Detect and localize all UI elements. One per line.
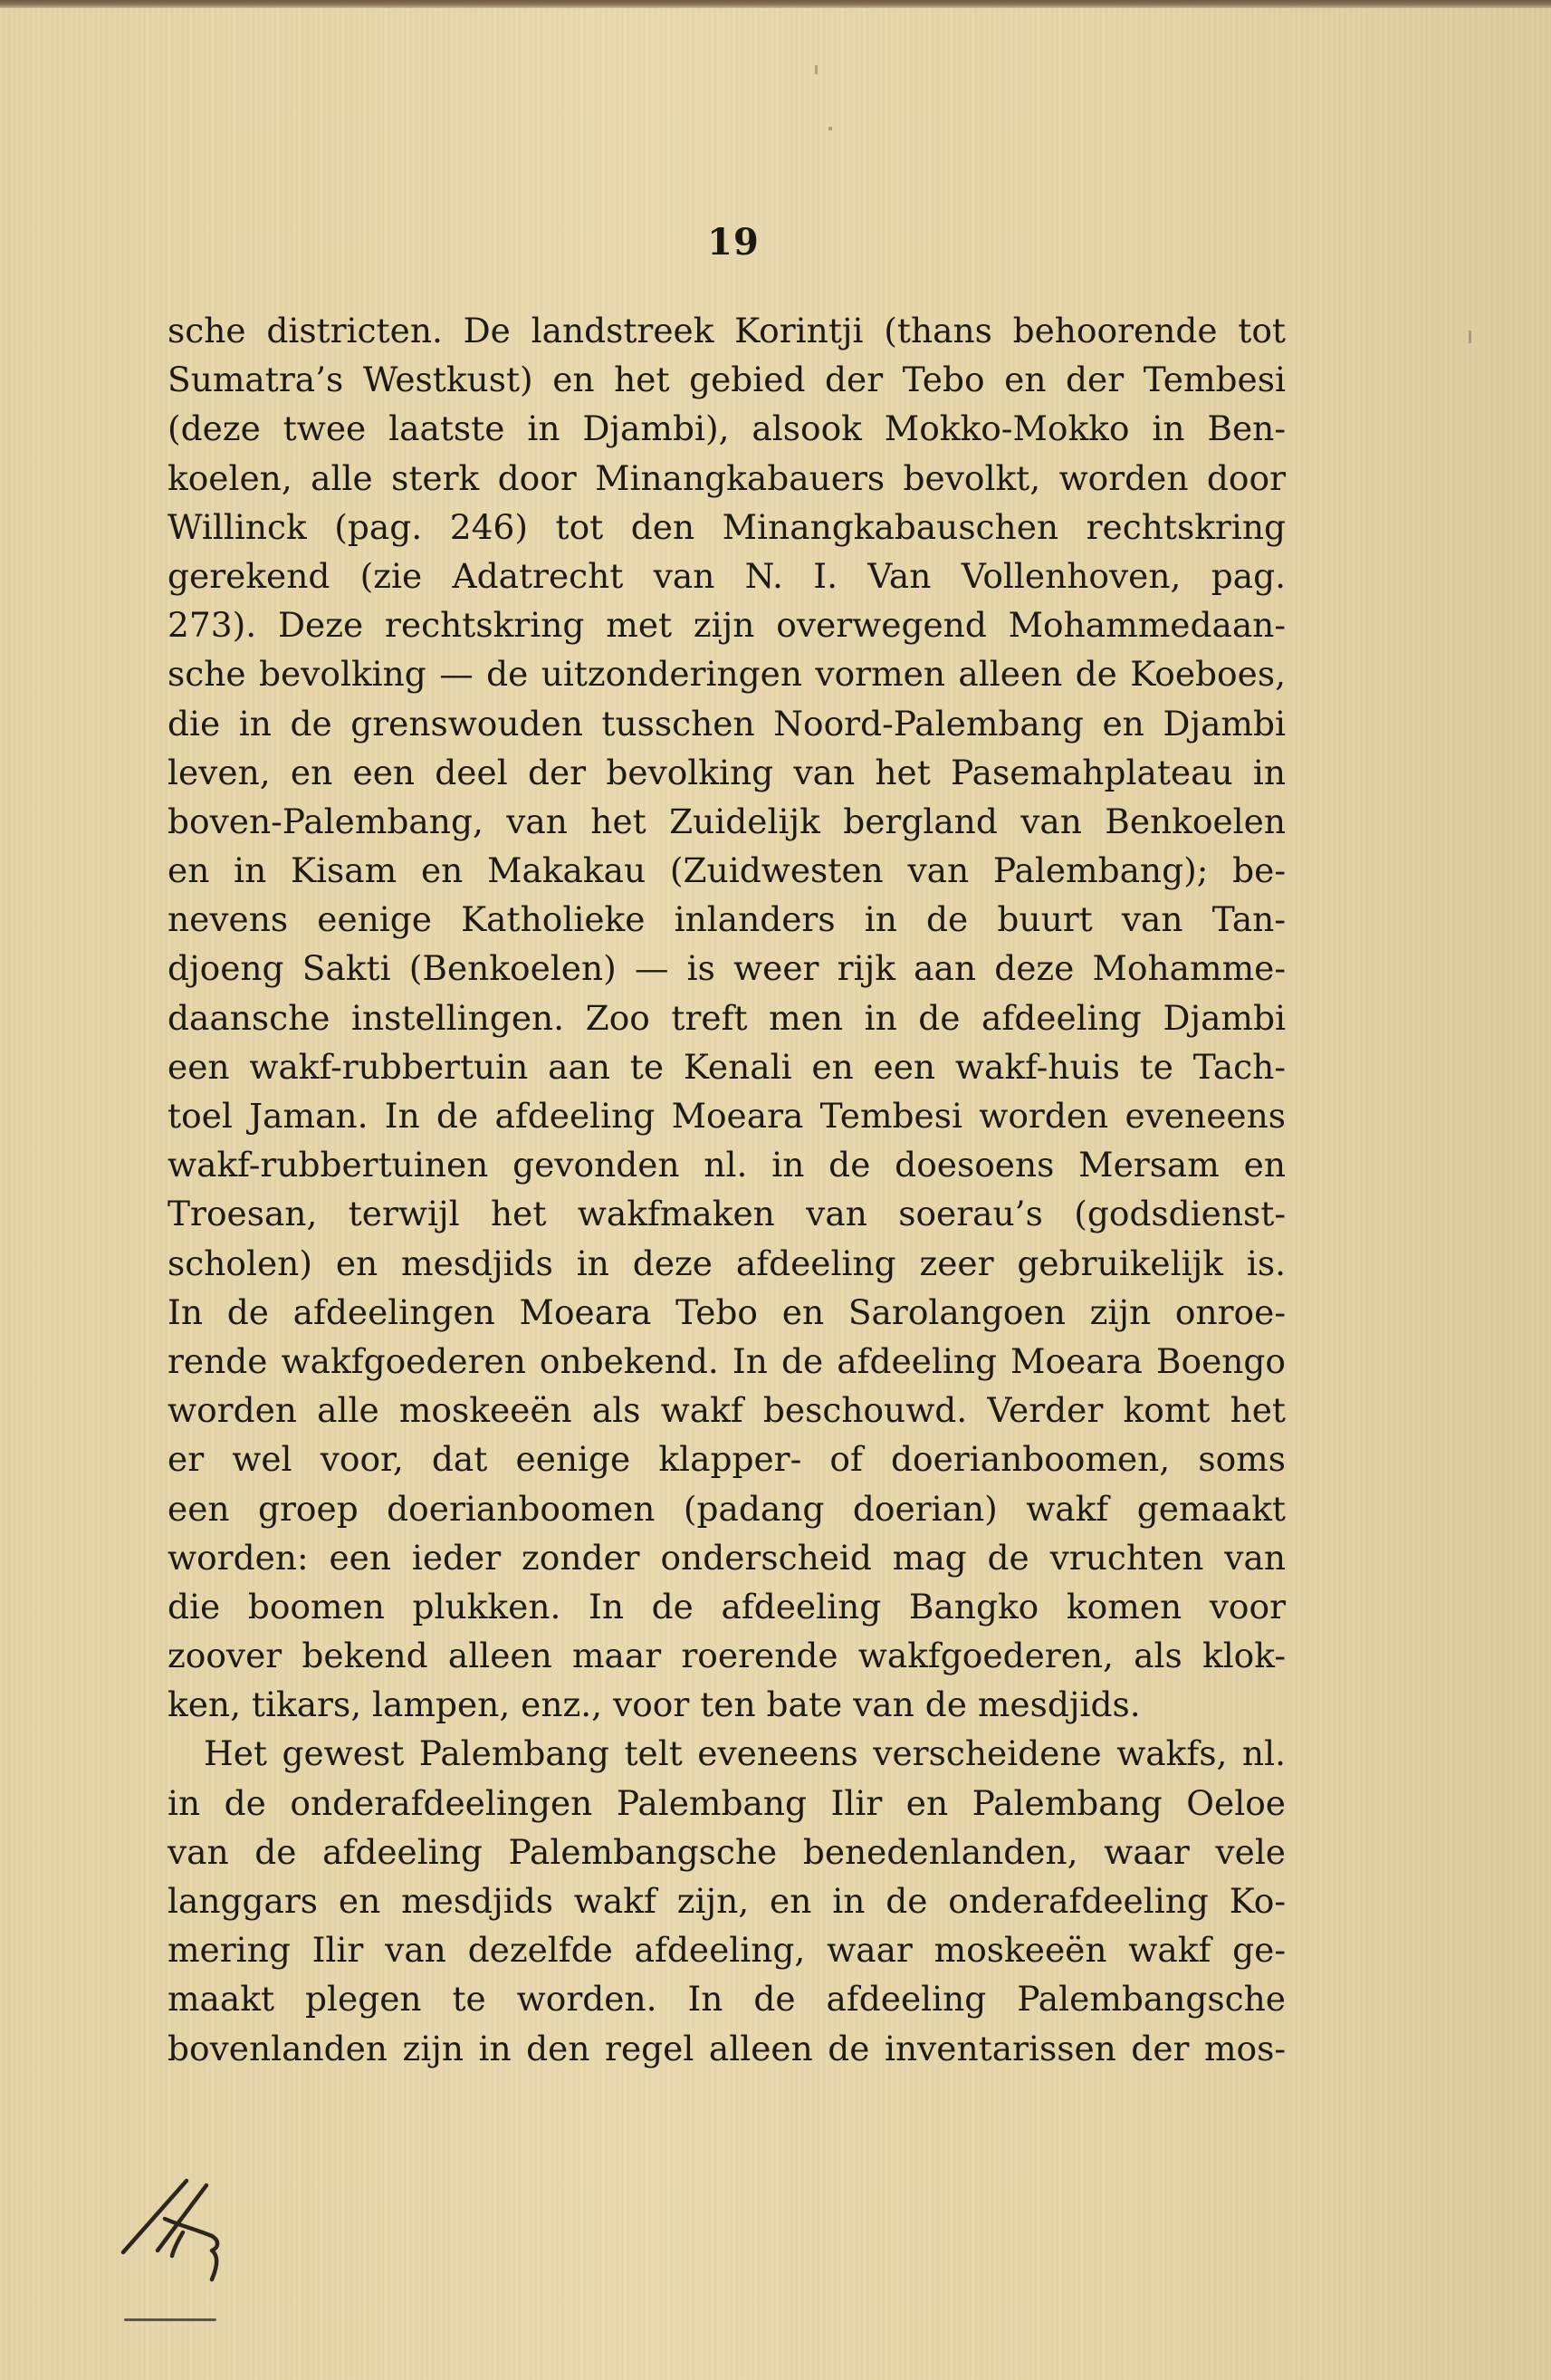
short-horizontal-rule	[124, 2318, 216, 2321]
paper-speck	[828, 127, 832, 130]
text-line: gerekend (zie Adatrecht van N. I. Van Vo…	[168, 552, 1286, 600]
text-line: Sumatra’s Westkust) en het gebied der Te…	[168, 355, 1286, 404]
text-line: Troesan, terwijl het wakfmaken van soera…	[168, 1189, 1286, 1238]
text-line: die boomen plukken. In de afdeeling Bang…	[168, 1582, 1286, 1631]
paper-speck	[815, 65, 818, 74]
text-line: toel Jaman. In de afdeeling Moeara Tembe…	[168, 1091, 1286, 1140]
text-line: maakt plegen te worden. In de afdeeling …	[168, 1974, 1286, 2023]
text-line: langgars en mesdjids wakf zijn, en in de…	[168, 1876, 1286, 1925]
text-line: 273). Deze rechtskring met zijn overwege…	[168, 600, 1286, 649]
text-line: In de afdeelingen Moeara Tebo en Sarolan…	[168, 1288, 1286, 1337]
body-text: sche districten. De landstreek Korintji …	[168, 306, 1286, 2073]
text-line: bovenlanden zijn in den regel alleen de …	[168, 2024, 1286, 2073]
handwritten-initials-mark-icon	[118, 2169, 254, 2287]
page-number: 19	[0, 221, 1467, 264]
text-line: worden: een ieder zonder onderscheid mag…	[168, 1533, 1286, 1582]
text-line: sche districten. De landstreek Korintji …	[168, 306, 1286, 355]
text-line: rende wakfgoederen onbekend. In de afdee…	[168, 1337, 1286, 1386]
page-top-edge	[0, 0, 1551, 8]
text-line: ken, tikars, lampen, enz., voor ten bate…	[168, 1680, 1286, 1729]
paper-speck	[1469, 331, 1471, 343]
paragraph-2: Het gewest Palembang telt eveneens versc…	[168, 1729, 1286, 2072]
text-line: sche bevolking — de uitzonderingen vorme…	[168, 649, 1286, 698]
text-line: een wakf-rubbertuin aan te Kenali en een…	[168, 1042, 1286, 1091]
text-line: worden alle moskeeën als wakf beschouwd.…	[168, 1386, 1286, 1435]
text-line: daansche instellingen. Zoo treft men in …	[168, 993, 1286, 1042]
text-line: van de afdeeling Palembangsche benedenla…	[168, 1828, 1286, 1876]
text-line: nevens eenige Katholieke inlanders in de…	[168, 895, 1286, 944]
text-line: (deze twee laatste in Djambi), alsook Mo…	[168, 404, 1286, 453]
text-line: koelen, alle sterk door Minangkabauers b…	[168, 454, 1286, 503]
text-line: Willinck (pag. 246) tot den Minangkabaus…	[168, 503, 1286, 552]
text-line: en in Kisam en Makakau (Zuidwesten van P…	[168, 846, 1286, 895]
text-line: wakf-rubbertuinen gevonden nl. in de doe…	[168, 1140, 1286, 1189]
document-page: 19 sche districten. De landstreek Korint…	[0, 0, 1551, 2380]
text-line: Het gewest Palembang telt eveneens versc…	[168, 1729, 1286, 1778]
text-line: in de onderafdeelingen Palembang Ilir en…	[168, 1779, 1286, 1828]
text-line: een groep doerianboomen (padang doerian)…	[168, 1484, 1286, 1533]
text-line: die in de grenswouden tusschen Noord-Pal…	[168, 699, 1286, 748]
text-line: scholen) en mesdjids in deze afdeeling z…	[168, 1239, 1286, 1288]
text-line: er wel voor, dat eenige klapper- of doer…	[168, 1435, 1286, 1483]
paragraph-1: sche districten. De landstreek Korintji …	[168, 306, 1286, 1729]
text-line: zoover bekend alleen maar roerende wakfg…	[168, 1631, 1286, 1680]
text-line: leven, en een deel der bevolking van het…	[168, 748, 1286, 797]
text-line: boven-Palembang, van het Zuidelijk bergl…	[168, 797, 1286, 846]
text-line: mering Ilir van dezelfde afdeeling, waar…	[168, 1925, 1286, 1974]
text-line: djoeng Sakti (Benkoelen) — is weer rijk …	[168, 944, 1286, 993]
